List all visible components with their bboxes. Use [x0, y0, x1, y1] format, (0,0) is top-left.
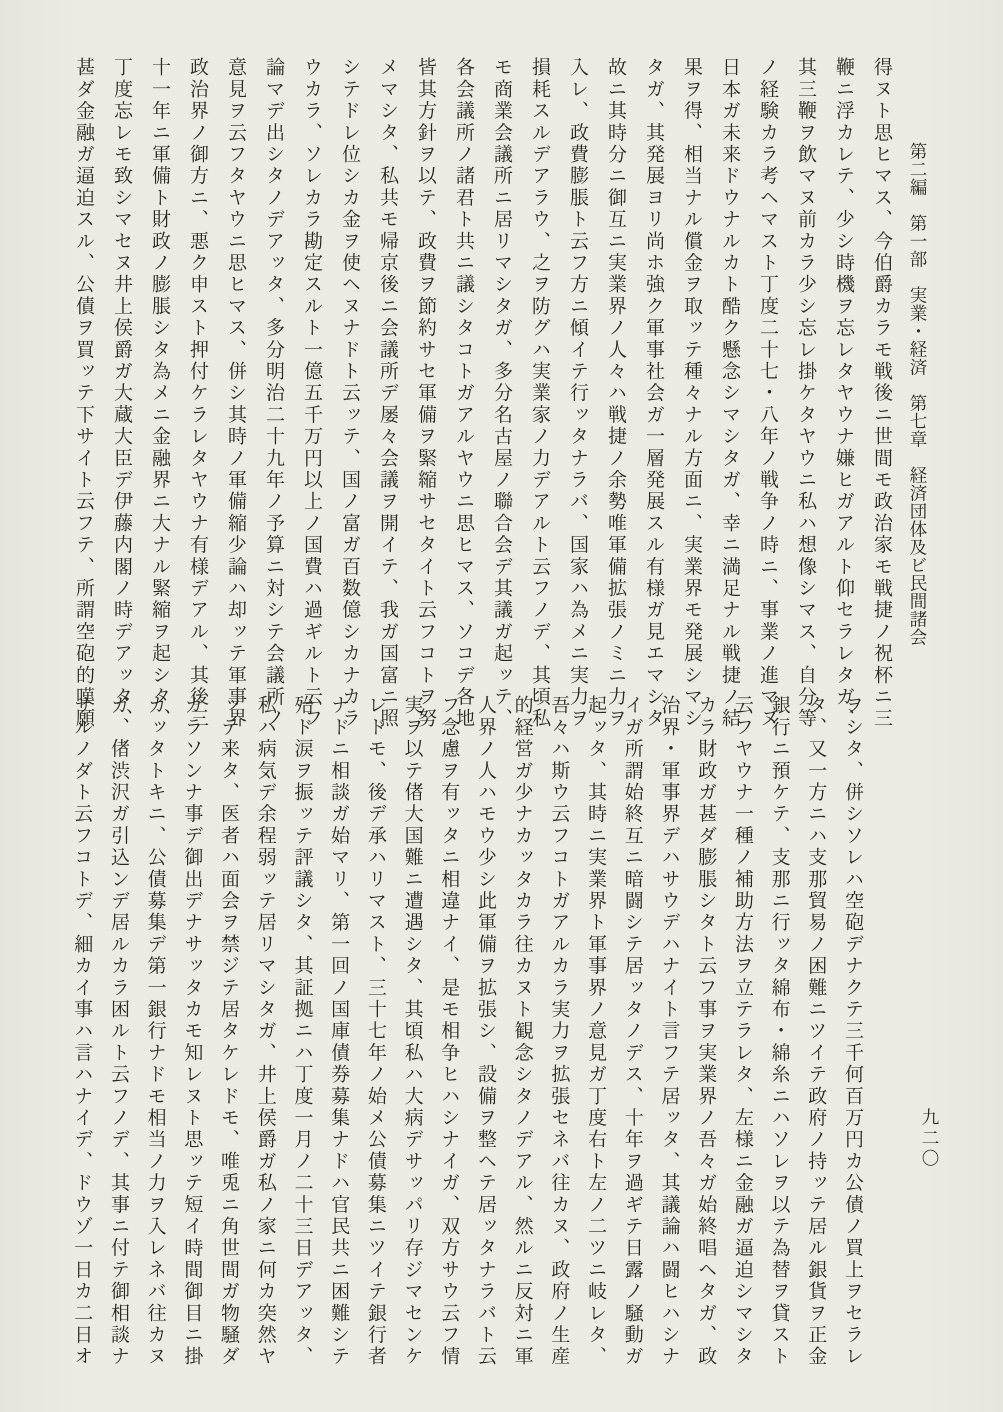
text-column: 其三鞭ヲ飲マヌ前カラ少シ忘レ掛ケタヤウニ私ハ想像シマス、自分等: [786, 57, 824, 673]
text-block-bottom: ヲシタ、併シソレハ空砲デナクテ三千何百万円カ公債ノ買上ヲセラレ タ、又一方ニハ支…: [62, 695, 870, 1311]
text-column: メマシタ、私共モ帰京後ニ会議所デ屡々会議ヲ開イテ、我ガ国富ニ照: [368, 57, 406, 673]
text-column: 人界ノ人ハモウ少シ此軍備ヲ拡張シ、設備ヲ整ヘテ居ッタナラバト云: [466, 695, 503, 1311]
text-column: 鞭ニ浮カレテ、少シ時機ヲ忘レタヤウナ嫌ヒガアルト仰セラレタガ、: [824, 57, 862, 673]
text-column: 私ハ病気デ余程弱ッテ居リマシタガ、井上侯爵ガ私ノ家ニ何カ突然ヤ: [246, 695, 283, 1311]
text-column: イガ所謂始終互ニ暗闘シテ居ッタノデス、十年ヲ過ギテ日露ノ騒動ガ: [613, 695, 650, 1311]
text-column: 銀行ニ預ケテ、支那ニ行ッタ綿布・綿糸ニハソレヲ以テ為替ヲ貸スト: [760, 695, 797, 1311]
text-column: 日本ガ未来ドウナルカト酷ク懸念シマシタガ、幸ニ満足ナル戦捷ノ結: [710, 57, 748, 673]
text-column: フ念慮ヲ有ッタニ相違ナイ、是モ相争ヒハシナイガ、双方サウ云フ情: [430, 695, 467, 1311]
text-column: モ商業会議所ニ居リマシタガ、多分名古屋ノ聯合会デ其議ガ起ッテ、: [482, 57, 520, 673]
page-number: 九二〇: [918, 1108, 943, 1170]
text-column: ウカラ、ソレカラ勘定スルト一億五千万円以上ノ国費ハ過ギルト云フ: [292, 57, 330, 673]
text-column: 治界・軍事界デハサウデハナイト言フテ居ッタ、其議論ハ闘ヒハシナ: [650, 695, 687, 1311]
text-column: 甚ダ金融ガ逼迫スル、公債ヲ買ッテ下サイト云フテ、所謂空砲的嘆願: [64, 57, 102, 673]
text-column: 果ヲ得、相当ナル償金ヲ取ッテ種々ナル方面ニ、実業界モ発展シマシ: [672, 57, 710, 673]
text-column: 政治界ノ御方ニ、悪ク申スト押付ケラレタヤウナ有様デアル、其後三: [178, 57, 216, 673]
chapter-header: 第二編 第一部 実業・経済 第七章 経済団体及ビ民間諸会: [906, 142, 931, 682]
text-column: 実ヲ以テ偖大国難ニ遭遇シタ、其頃私ハ大病デサッパリ存ジマセンケ: [393, 695, 430, 1311]
text-column: サルノダト云フコトデ、細カイ事ハ言ハナイデ、ドウゾ一日カ二日オ: [63, 695, 100, 1311]
text-column: タ、又一方ニハ支那貿易ノ困難ニツイテ政府ノ持ッテ居ル銀貨ヲ正金: [797, 695, 834, 1311]
text-column: ッテ来タ、医者ハ面会ヲ禁ジテ居タケレドモ、唯兎ニ角世間ガ物騒ダ: [209, 695, 246, 1311]
text-column: カラ財政ガ甚ダ膨脹シタト云フ事ヲ実業界ノ吾々ガ始終唱ヘタガ、政: [686, 695, 723, 1311]
text-column: 故ニ其時分ニ御互ニ実業界ノ人々ハ戦捷ノ余勢唯軍備拡張ノミニ力ヲ: [596, 57, 634, 673]
text-column: 論マデ出シタノデアッタ、多分明治二十九年ノ予算ニ対シテ会議所ノ: [254, 57, 292, 673]
text-column: ガ、偖渋沢ガ引込ンデ居ルカラ困ルト云フノデ、其事ニ付テ御相談ナ: [99, 695, 136, 1311]
text-column: 各会議所ノ諸君ト共ニ議シタコトガアルヤウニ思ヒマス、ソコデ各地: [444, 57, 482, 673]
text-column: ヲシタ、併シソレハ空砲デナクテ三千何百万円カ公債ノ買上ヲセラレ: [833, 695, 870, 1311]
text-column: 丁度忘レモ致シマセヌ井上侯爵ガ大蔵大臣デ伊藤内閣ノ時デアッタ、: [102, 57, 140, 673]
text-column: カラソンナ事デ御出デナサッタカモ知レヌト思ッテ短イ時間御目ニ掛: [173, 695, 210, 1311]
text-column: ノ経験カラ考ヘマスト丁度二十七・八年ノ戦争ノ時ニ、事業ノ進マヌ: [748, 57, 786, 673]
text-column: 的経営ガ少ナカッタカラ往カヌト観念シタノデアル、然ルニ反対ニ軍: [503, 695, 540, 1311]
text-column: 意見ヲ云フタヤウニ思ヒマス、併シ其時ノ軍備縮少論ハ却ッテ軍事界: [216, 57, 254, 673]
text-column: 起ッタ、其時ニ実業界ト軍事界ノ意見ガ丁度右ト左ノ二ツニ岐レタ、: [576, 695, 613, 1311]
text-column: 殆ド涙ヲ振ッテ評議シタ、其証拠ニハ丁度一月ノ二十三日デアッタ、: [283, 695, 320, 1311]
book-page: 第二編 第一部 実業・経済 第七章 経済団体及ビ民間諸会 得ヌト思ヒマス、今伯爵…: [0, 0, 1003, 1412]
text-column: 吾々ハ斯ウ云フコトガアルカラ実力ヲ拡張セネバ往カヌ、政府ノ生産: [540, 695, 577, 1311]
text-column: 損耗スルデアラウ、之ヲ防グハ実業家ノ力デアルト云フノデ、其頃私: [520, 57, 558, 673]
text-column: シテドレ位シカ金ヲ使ヘヌナドト云ッテ、国ノ富ガ百数億シカナカラ: [330, 57, 368, 673]
text-block-top: 得ヌト思ヒマス、今伯爵カラモ戦後ニ世間モ政治家モ戦捷ノ祝杯ニ三 鞭ニ浮カレテ、少…: [62, 57, 900, 673]
text-column: 得ヌト思ヒマス、今伯爵カラモ戦後ニ世間モ政治家モ戦捷ノ祝杯ニ三: [862, 57, 900, 673]
text-column: 皆其方針ヲ以テ、政費ヲ節約サセ軍備ヲ緊縮サセタイト云フコトヲ努: [406, 57, 444, 673]
text-column: 云フヤウナ一種ノ補助方法ヲ立テラレタ、左様ニ金融ガ逼迫シマシタ: [723, 695, 760, 1311]
text-column: 入レ、政費膨脹ト云フ方ニ傾イテ行ッタナラバ、国家ハ為メニ実力ヲ: [558, 57, 596, 673]
text-column: 十一年ニ軍備ト財政ノ膨脹シタ為メニ金融界ニ大ナル緊縮ヲ起シタ、: [140, 57, 178, 673]
text-column: レドモ、後デ承ハリマスト、三十七年ノ始メ公債募集ニツイテ銀行者: [356, 695, 393, 1311]
text-column: タガ、其発展ヨリ尚ホ強ク軍事社会ガ一層発展スル有様ガ見エマシタ: [634, 57, 672, 673]
text-column: ナドニ相談ガ始マリ、第一回ノ国庫債券募集ナドハ官民共ニ困難シテ: [319, 695, 356, 1311]
text-column: カッタトキニ、公債募集デ第一銀行ナドモ相当ノ力ヲ入レネバ往カヌ: [136, 695, 173, 1311]
